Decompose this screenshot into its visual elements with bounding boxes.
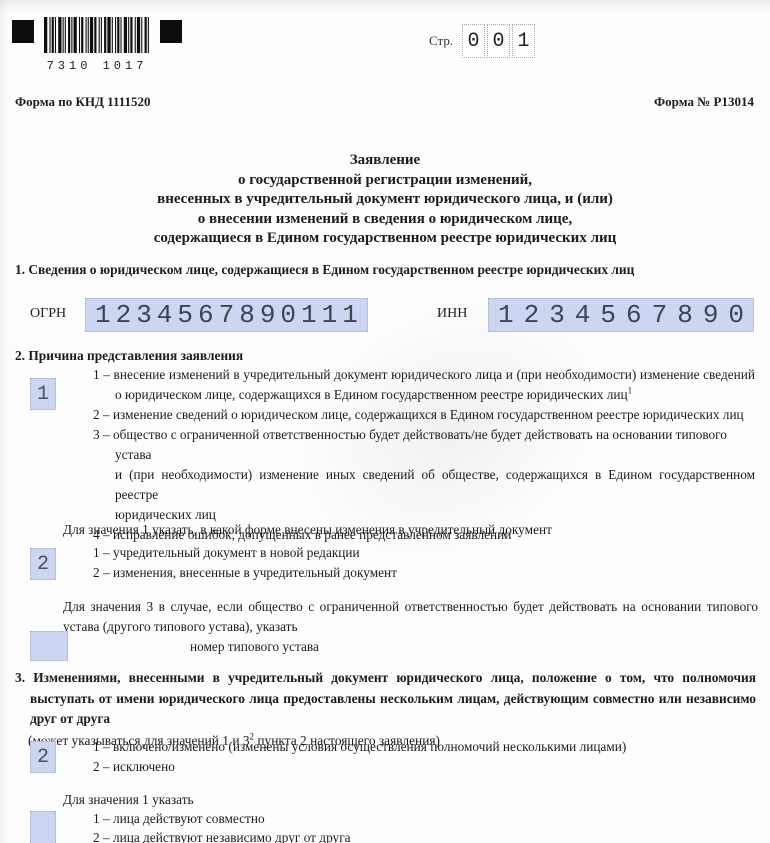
section3-heading-line2: выступать от имени юридического лица пре… xyxy=(15,689,756,710)
section2-option-1: 1 – внесение изменений в учредительный д… xyxy=(93,365,755,405)
amendment-form-option-1: 1 – учредительный документ в новой редак… xyxy=(93,543,755,563)
model-charter-number-label: номер типового устава xyxy=(190,639,319,655)
section2-option-2: 2 – изменение сведений о юридическом лиц… xyxy=(93,405,755,425)
section3-sub-intro: Для значения 1 указать xyxy=(63,790,758,810)
section2-option-3-line2: и (при необходимости) изменение иных све… xyxy=(115,465,755,505)
section2-option-1-line1: 1 – внесение изменений в учредительный д… xyxy=(115,365,755,385)
barcode-anchor-right xyxy=(160,20,182,43)
model-charter-intro-line2: устава (другого типового устава), указат… xyxy=(63,617,758,637)
amendment-form-options: 1 – учредительный документ в новой редак… xyxy=(93,543,755,582)
amendment-form-value-box[interactable]: 2 xyxy=(30,548,56,580)
section2-heading: 2. Причина представления заявления xyxy=(15,348,755,364)
section3-options: 1 – включено/изменено (изменены условия … xyxy=(93,737,755,776)
model-charter-intro-line1: Для значения 3 в случае, если общество с… xyxy=(63,597,758,617)
ogrn-field[interactable]: 1234567890111 xyxy=(85,298,368,332)
section2-reason-value-box[interactable]: 1 xyxy=(30,378,56,410)
inn-field[interactable]: 1234567890 xyxy=(488,298,754,332)
section3-option-2: 2 – исключено xyxy=(93,757,755,777)
section3-sub-value-box[interactable] xyxy=(30,811,56,843)
barcode-bars-icon xyxy=(44,17,150,53)
section3-option-1: 1 – включено/изменено (изменены условия … xyxy=(93,737,755,757)
section3-sub-options: 1 – лица действуют совместно 2 – лица де… xyxy=(93,810,755,843)
page-number-field: 0 0 1 xyxy=(462,24,535,58)
section3-heading-line1: 3. Изменениями, внесенными в учредительн… xyxy=(15,668,756,689)
section3-sub-option-2: 2 – лица действуют независимо друг от др… xyxy=(93,829,755,843)
page-number-label: Стр. xyxy=(429,33,453,49)
page-number-cell[interactable]: 0 xyxy=(487,24,510,58)
form-number-label: Форма № Р13014 xyxy=(654,94,754,110)
barcode-digits: 7310 1017 xyxy=(44,59,150,73)
section2-option-1-line2: о юридическом лице, содержащихся в Едино… xyxy=(115,385,755,405)
knd-code-label: Форма по КНД 1111520 xyxy=(15,94,151,110)
section2-option-3-line1: 3 – общество с ограниченной ответственно… xyxy=(115,425,755,465)
model-charter-intro: Для значения 3 в случае, если общество с… xyxy=(63,597,758,637)
form-title-line: внесенных в учредительный документ юриди… xyxy=(0,190,770,210)
form-page: 7310 1017 Стр. 0 0 1 Форма по КНД 111152… xyxy=(0,0,770,843)
inn-label: ИНН xyxy=(437,306,467,322)
form-title-line: содержащиеся в Едином государственном ре… xyxy=(0,229,770,249)
section2-options: 1 – внесение изменений в учредительный д… xyxy=(93,365,755,545)
form-title: Заявление о государственной регистрации … xyxy=(0,151,770,249)
model-charter-number-field[interactable] xyxy=(30,631,68,661)
section2-option-3: 3 – общество с ограниченной ответственно… xyxy=(93,425,755,525)
form-title-line: о государственной регистрации изменений, xyxy=(0,171,770,191)
section3-heading-line3: друг от друга xyxy=(15,709,756,730)
footnote-marker: 1 xyxy=(628,386,633,396)
section1-heading: 1. Сведения о юридическом лице, содержащ… xyxy=(15,262,755,278)
section3-value-box[interactable]: 2 xyxy=(30,741,56,773)
amendment-form-option-2: 2 – изменения, внесенные в учредительный… xyxy=(93,563,755,583)
barcode: 7310 1017 xyxy=(44,17,150,73)
section3-sub-option-1: 1 – лица действуют совместно xyxy=(93,810,755,829)
form-title-line: Заявление xyxy=(0,151,770,171)
barcode-anchor-left xyxy=(12,20,34,43)
subsection-form-intro: Для значения 1 указать, в какой форме вн… xyxy=(63,520,758,540)
ogrn-label: ОГРН xyxy=(30,306,66,322)
form-title-line: о внесении изменений в сведения о юридич… xyxy=(0,210,770,230)
page-number-cell[interactable]: 1 xyxy=(512,24,535,58)
page-number-cell[interactable]: 0 xyxy=(462,24,485,58)
